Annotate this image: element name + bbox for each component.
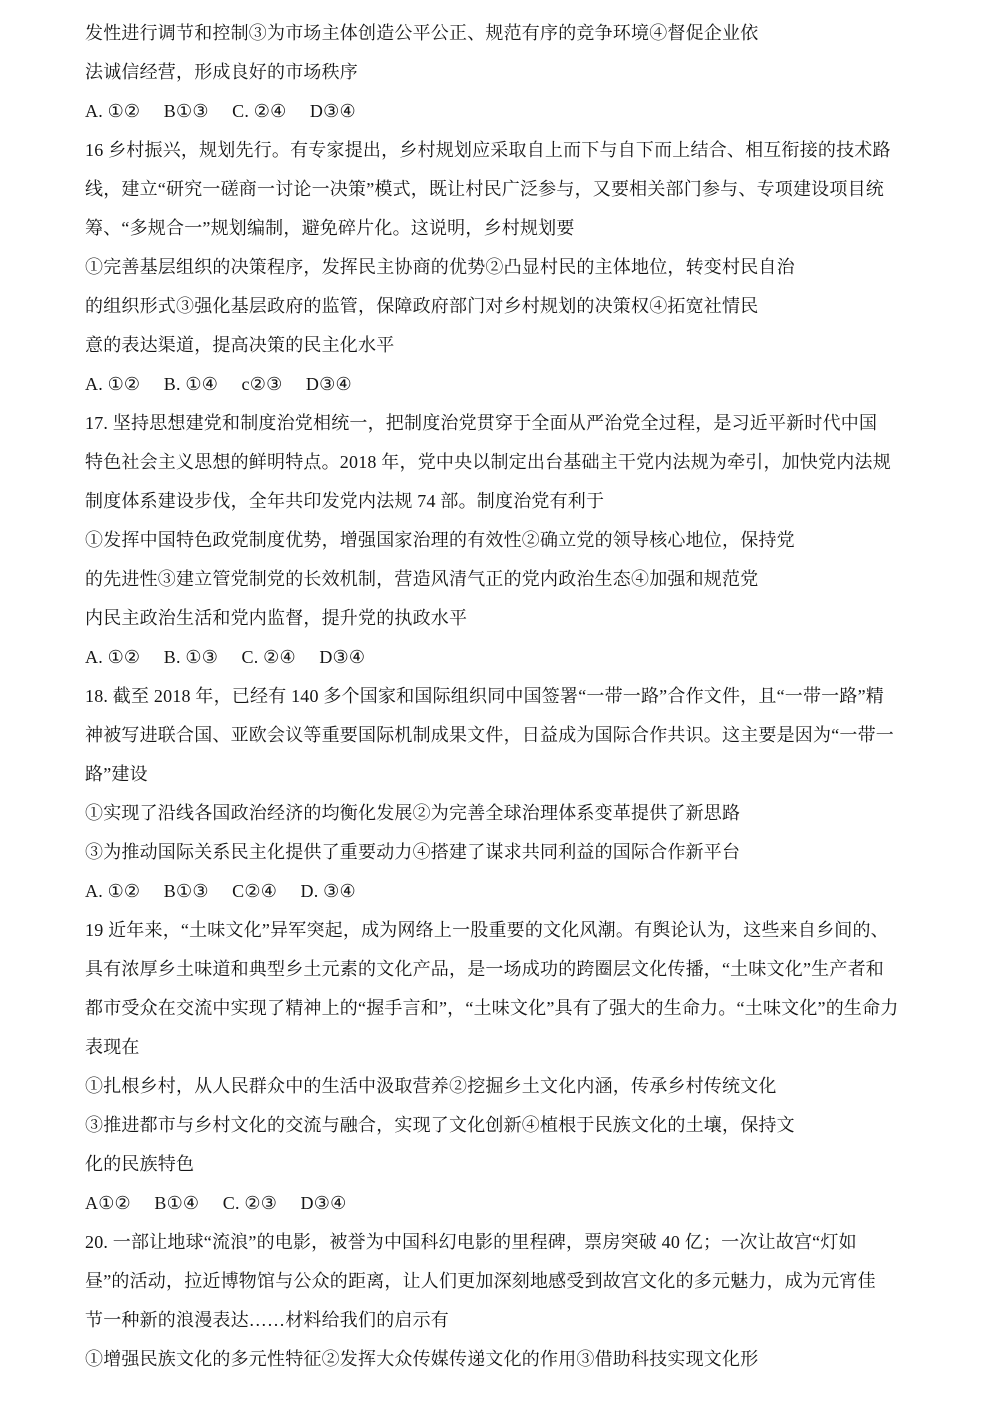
question-text-line: 具有浓厚乡土味道和典型乡土元素的文化产品，是一场成功的跨圈层文化传播，“土味文化… [85, 950, 962, 989]
question-text-line: 16 乡村振兴，规划先行。有专家提出，乡村规划应采取自上而下与自下而上结合、相互… [85, 131, 962, 170]
question-19: 19 近年来，“土味文化”异军突起，成为网络上一股重要的文化风潮。有舆论认为，这… [85, 911, 962, 1223]
question-text-line: ①增强民族文化的多元性特征②发挥大众传媒传递文化的作用③借助科技实现文化形 [85, 1340, 962, 1379]
question-text-line: 发性进行调节和控制③为市场主体创造公平公正、规范有序的竞争环境④督促企业依 [85, 14, 962, 53]
question-text-line: 节一种新的浪漫表达……材料给我们的启示有 [85, 1301, 962, 1340]
answer-options-line: A①② B①④ C. ②③ D③④ [85, 1184, 962, 1223]
question-text-line: 特色社会主义思想的鲜明特点。2018 年，党中央以制定出台基础主干党内法规为牵引… [85, 443, 962, 482]
question-text-line: 法诚信经营，形成良好的市场秩序 [85, 53, 962, 92]
question-text-line: 意的表达渠道，提高决策的民主化水平 [85, 326, 962, 365]
question-text-line: ③推进都市与乡村文化的交流与融合，实现了文化创新④植根于民族文化的土壤，保持文 [85, 1106, 962, 1145]
question-text-line: 的先进性③建立管党制党的长效机制，营造风清气正的党内政治生态④加强和规范党 [85, 560, 962, 599]
question-text-line: 内民主政治生活和党内监督，提升党的执政水平 [85, 599, 962, 638]
answer-options-line: A. ①② B. ①④ c②③ D③④ [85, 365, 962, 404]
question-text-line: ①实现了沿线各国政治经济的均衡化发展②为完善全球治理体系变革提供了新思路 [85, 794, 962, 833]
answer-options-line: A. ①② B. ①③ C. ②④ D③④ [85, 638, 962, 677]
answer-options-line: A. ①② B①③ C. ②④ D③④ [85, 92, 962, 131]
question-text-line: 19 近年来，“土味文化”异军突起，成为网络上一股重要的文化风潮。有舆论认为，这… [85, 911, 962, 950]
question-17: 17. 坚持思想建党和制度治党相统一，把制度治党贯穿于全面从严治党全过程，是习近… [85, 404, 962, 677]
question-text-line: 线，建立“研究一磋商一讨论一决策”模式，既让村民广泛参与，又要相关部门参与、专项… [85, 170, 962, 209]
question-text-line: 17. 坚持思想建党和制度治党相统一，把制度治党贯穿于全面从严治党全过程，是习近… [85, 404, 962, 443]
question-18: 18. 截至 2018 年，已经有 140 多个国家和国际组织同中国签署“一带一… [85, 677, 962, 911]
answer-options-line: A. ①② B①③ C②④ D. ③④ [85, 872, 962, 911]
question-text-line: 都市受众在交流中实现了精神上的“握手言和”，“土味文化”具有了强大的生命力。“土… [85, 989, 962, 1028]
question-text-line: 筹、“多规合一”规划编制，避免碎片化。这说明，乡村规划要 [85, 209, 962, 248]
question-15-continuation: 发性进行调节和控制③为市场主体创造公平公正、规范有序的竞争环境④督促企业依 法诚… [85, 14, 962, 131]
question-text-line: 20. 一部让地球“流浪”的电影，被誉为中国科幻电影的里程碑，票房突破 40 亿… [85, 1223, 962, 1262]
question-text-line: 昼”的活动，拉近博物馆与公众的距离，让人们更加深刻地感受到故宫文化的多元魅力，成… [85, 1262, 962, 1301]
question-text-line: ①发挥中国特色政党制度优势，增强国家治理的有效性②确立党的领导核心地位，保持党 [85, 521, 962, 560]
question-text-line: 化的民族特色 [85, 1145, 962, 1184]
question-text-line: ①完善基层组织的决策程序，发挥民主协商的优势②凸显村民的主体地位，转变村民自治 [85, 248, 962, 287]
exam-document-page: 发性进行调节和控制③为市场主体创造公平公正、规范有序的竞争环境④督促企业依 法诚… [0, 0, 992, 1403]
question-text-line: 制度体系建设步伐，全年共印发党内法规 74 部。制度治党有利于 [85, 482, 962, 521]
question-text-line: 路”建设 [85, 755, 962, 794]
question-text-line: 18. 截至 2018 年，已经有 140 多个国家和国际组织同中国签署“一带一… [85, 677, 962, 716]
question-text-line: ①扎根乡村，从人民群众中的生活中汲取营养②挖掘乡土文化内涵，传承乡村传统文化 [85, 1067, 962, 1106]
question-text-line: 神被写进联合国、亚欧会议等重要国际机制成果文件，日益成为国际合作共识。这主要是因… [85, 716, 962, 755]
question-text-line: 的组织形式③强化基层政府的监管，保障政府部门对乡村规划的决策权④拓宽社情民 [85, 287, 962, 326]
question-text-line: 表现在 [85, 1028, 962, 1067]
question-16: 16 乡村振兴，规划先行。有专家提出，乡村规划应采取自上而下与自下而上结合、相互… [85, 131, 962, 404]
question-20: 20. 一部让地球“流浪”的电影，被誉为中国科幻电影的里程碑，票房突破 40 亿… [85, 1223, 962, 1379]
question-text-line: ③为推动国际关系民主化提供了重要动力④搭建了谋求共同利益的国际合作新平台 [85, 833, 962, 872]
